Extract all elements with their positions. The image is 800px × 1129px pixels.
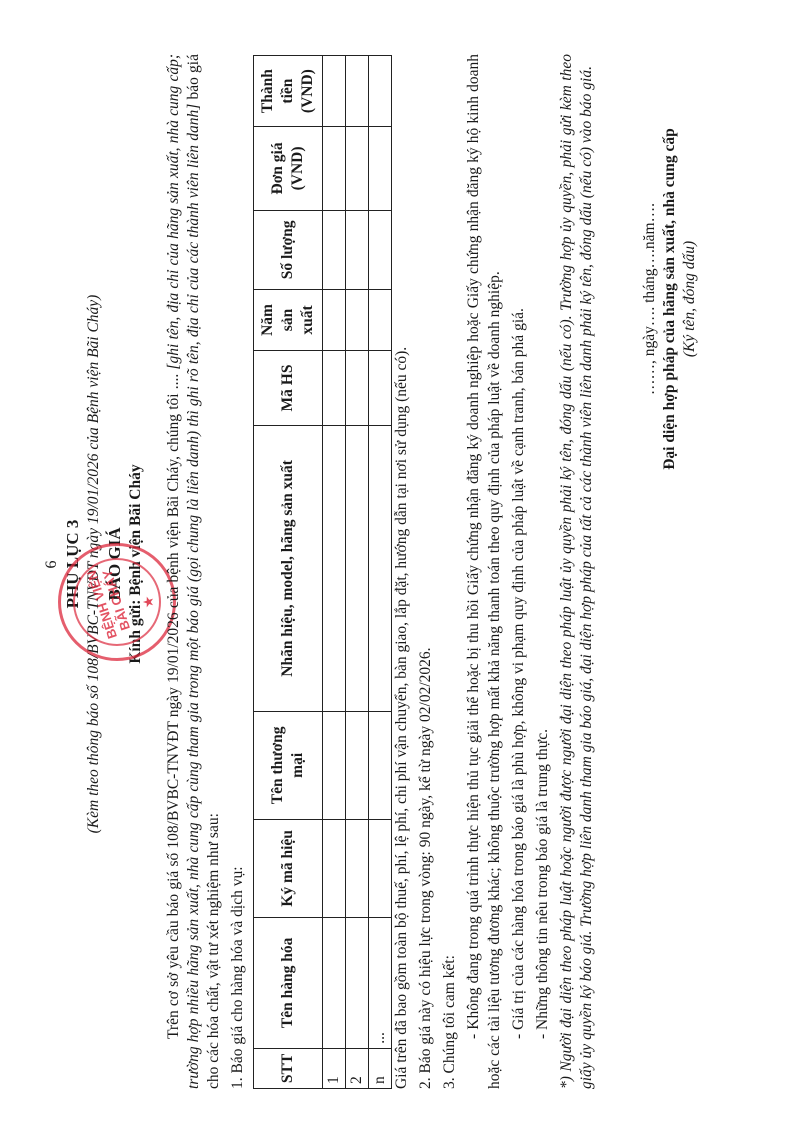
col-trade-name: Tên thương mại: [253, 711, 322, 819]
signature-title: Đại diện hợp pháp của hãng sản xuất, nhà…: [660, 89, 680, 509]
commitment-item: - Không đang trong quá trình thực hiện t…: [464, 54, 504, 1089]
section-2-validity: 2. Báo giá này có hiệu lực trong vòng: 9…: [416, 54, 436, 1089]
table-row: n...: [368, 56, 391, 1089]
document-body: Trên cơ sở yêu cầu báo giá số 108/BVBC-T…: [164, 54, 601, 1089]
table-header-row: STT Tên hàng hóa Ký mã hiệu Tên thương m…: [253, 56, 322, 1089]
attachment-note: (Kèm theo thông báo số 108/BVBC-TNVĐT ng…: [84, 29, 104, 1099]
section-3-heading: 3. Chúng tôi cam kết:: [440, 54, 460, 1089]
table-row: 1: [322, 56, 345, 1089]
rotated-document-page: 6 PHỤ LỤC 3 (Kèm theo thông báo số 108/B…: [0, 0, 800, 1129]
commitment-item: - Những thông tin nêu trong báo giá là t…: [533, 54, 553, 1089]
quotation-table: STT Tên hàng hóa Ký mã hiệu Tên thương m…: [253, 55, 392, 1089]
col-hs-code: Mã HS: [253, 350, 322, 425]
section-1-heading: 1. Báo giá cho hàng hóa và dịch vụ:: [228, 54, 248, 1089]
intro-paragraph: Trên cơ sở yêu cầu báo giá số 108/BVBC-T…: [164, 54, 224, 1089]
commitment-item: - Giá trị của các hàng hóa trong báo giá…: [509, 54, 529, 1089]
col-product-name: Tên hàng hóa: [253, 917, 322, 1048]
col-year: Năm sản xuất: [253, 290, 322, 351]
date-line: ……, ngày…. tháng….năm….: [640, 89, 660, 509]
footnote: *) Người đại diện theo pháp luật hoặc ng…: [557, 54, 597, 1089]
page-number: 6: [42, 0, 63, 1129]
col-stt: STT: [253, 1048, 322, 1088]
signature-note: (Ký tên, đóng dấu): [680, 89, 700, 509]
price-inclusion-note: Giá trên đã bao gồm toàn bộ thuế, phí, l…: [392, 54, 412, 1089]
col-total: Thành tiền (VND): [253, 56, 322, 127]
document-title: BÁO GIÁ: [104, 29, 126, 1099]
col-brand-manufacturer: Nhãn hiệu, model, hãng sản xuất: [253, 426, 322, 712]
appendix-title: PHỤ LỤC 3: [62, 29, 84, 1099]
signature-block: ……, ngày…. tháng….năm…. Đại diện hợp phá…: [640, 89, 700, 509]
col-unit-price: Đơn giá (VND): [253, 127, 322, 211]
addressee: Kính gửi: Bệnh viện Bãi Cháy: [126, 29, 146, 1099]
col-quantity: Số lượng: [253, 210, 322, 289]
table-row: 2: [345, 56, 368, 1089]
col-model-code: Ký mã hiệu: [253, 819, 322, 917]
document-header: PHỤ LỤC 3 (Kèm theo thông báo số 108/BVB…: [62, 29, 146, 1099]
